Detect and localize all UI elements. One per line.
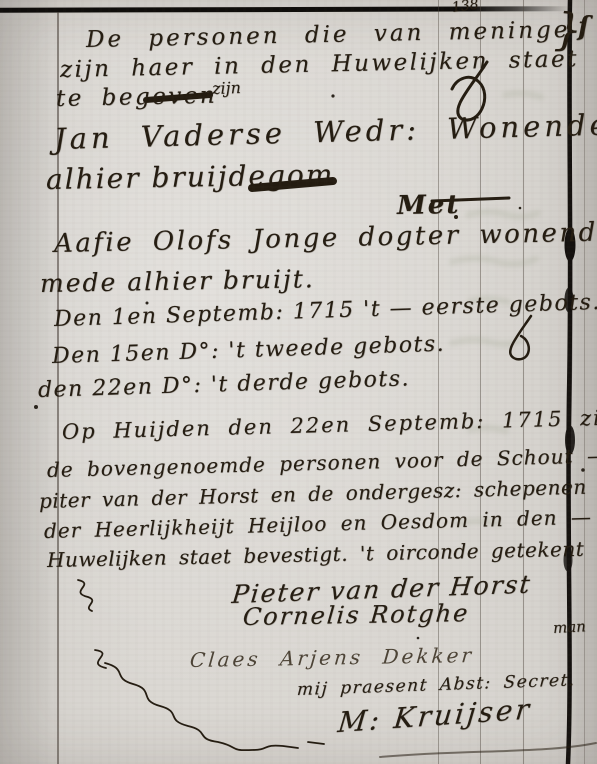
secretary-note: mij praesent Abst: Secret. (296, 670, 576, 700)
banns-second: Den 15en D°: 't tweede gebots. (52, 332, 446, 369)
top-rule-line (0, 6, 570, 12)
confirmation-line-1: Op Huijden den 22en Septemb: 1715 zijn (62, 405, 597, 444)
signature-secretary: M: Kruijser (336, 692, 533, 739)
bride-line-2: mede alhier bruijt. (40, 264, 315, 298)
page-number: 138 (451, 0, 480, 16)
gebots-tail-flourish (510, 316, 531, 359)
header-line-3: te begeven (56, 83, 218, 112)
groom-line-1: Jan Vaderse Wedr: Wonende — (54, 106, 597, 156)
wavy-flourish (105, 663, 324, 750)
connector-met: Met (397, 190, 461, 221)
paraph-stroke-icon: ſ (578, 12, 589, 42)
banns-third: den 22en D°: 't derde gebots. (38, 366, 411, 403)
left-curl-mid (95, 650, 106, 668)
confirmation-line-5: Huwelijken staet bevestigt. 't oirconde … (47, 537, 585, 572)
signature-schepen-1-suffix: man (553, 617, 587, 637)
bride-line-1: Aafie Olofs Jonge dogter wonende (54, 217, 597, 259)
header-insertion: zijn (212, 78, 241, 98)
left-curl-top (78, 580, 92, 611)
manuscript-page: 138 } ſ De personen die van meninge zijn… (0, 0, 597, 764)
signature-schepen-1: Cornelis Rotghe (242, 599, 471, 631)
groom-line-2: alhier bruijdegom (46, 158, 335, 196)
signature-schepen-2: Claes Arjens Dekker (189, 643, 475, 672)
bottom-right-curve (380, 743, 596, 757)
